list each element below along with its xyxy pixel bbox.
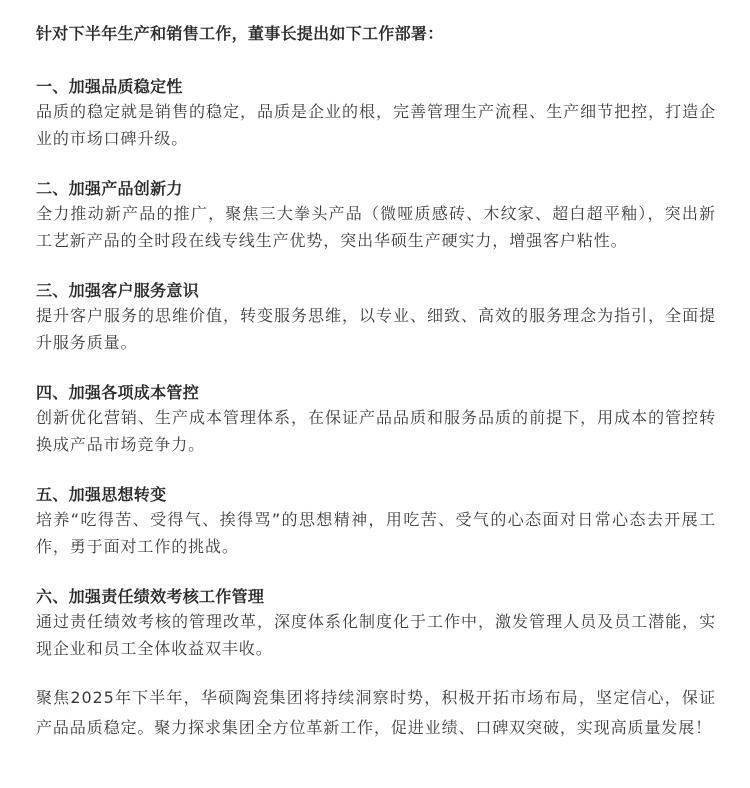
section-body: 品质的稳定就是销售的稳定，品质是企业的根，完善管理生产流程、生产细节把控，打造企… bbox=[36, 99, 716, 152]
section-cost-control: 四、加强各项成本管控 创新优化营销、生产成本管理体系，在保证产品品质和服务品质的… bbox=[36, 381, 716, 458]
section-customer-service: 三、加强客户服务意识 提升客户服务的思维价值，转变服务思维，以专业、细致、高效的… bbox=[36, 279, 716, 356]
section-body: 创新优化营销、生产成本管理体系，在保证产品品质和服务品质的前提下，用成本的管控转… bbox=[36, 405, 716, 458]
intro-heading: 针对下半年生产和销售工作，董事长提出如下工作部署： bbox=[36, 22, 444, 46]
section-body: 全力推动新产品的推广，聚焦三大拳头产品（微哑质感砖、木纹家、超白超平釉），突出新… bbox=[36, 201, 716, 254]
section-title: 六、加强责任绩效考核工作管理 bbox=[36, 585, 716, 609]
section-title: 四、加强各项成本管控 bbox=[36, 381, 716, 405]
section-title: 三、加强客户服务意识 bbox=[36, 279, 716, 303]
section-performance-management: 六、加强责任绩效考核工作管理 通过责任绩效考核的管理改革，深度体系化制度化于工作… bbox=[36, 585, 716, 662]
section-quality-stability: 一、加强品质稳定性 品质的稳定就是销售的稳定，品质是企业的根，完善管理生产流程、… bbox=[36, 75, 716, 152]
section-mindset-change: 五、加强思想转变 培养“吃得苦、受得气、挨得骂”的思想精神，用吃苦、受气的心态面… bbox=[36, 483, 716, 560]
section-body: 提升客户服务的思维价值，转变服务思维，以专业、细致、高效的服务理念为指引，全面提… bbox=[36, 303, 716, 356]
section-body: 通过责任绩效考核的管理改革，深度体系化制度化于工作中，激发管理人员及员工潜能，实… bbox=[36, 609, 716, 662]
section-title: 二、加强产品创新力 bbox=[36, 177, 716, 201]
section-body: 培养“吃得苦、受得气、挨得骂”的思想精神，用吃苦、受气的心态面对日常心态去开展工… bbox=[36, 507, 716, 560]
section-title: 一、加强品质稳定性 bbox=[36, 75, 716, 99]
section-product-innovation: 二、加强产品创新力 全力推动新产品的推广，聚焦三大拳头产品（微哑质感砖、木纹家、… bbox=[36, 177, 716, 254]
section-title: 五、加强思想转变 bbox=[36, 483, 716, 507]
closing-paragraph: 聚焦2025年下半年，华硕陶瓷集团将持续洞察时势，积极开拓市场布局，坚定信心，保… bbox=[36, 683, 716, 742]
